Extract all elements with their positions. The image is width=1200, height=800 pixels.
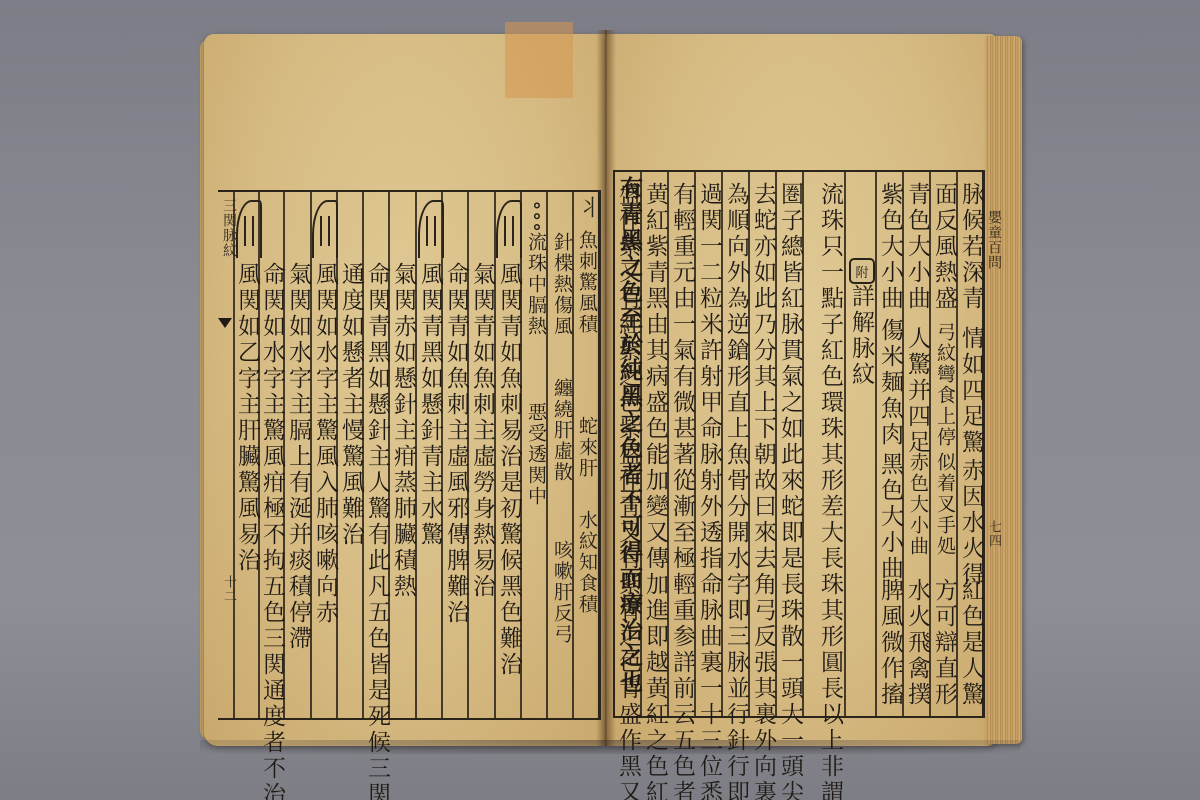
right-page-stack-edge [986,36,1022,744]
text-column: 氣関青如魚刺主虛勞身熱易治 [469,262,495,600]
prose-column: 過関一二粒米許射甲命脉射外透指命脉曲裏一十三位悉 [696,182,722,800]
right-folio: 七四 [984,520,1003,548]
prose-column: 有輕重元由一氣有微甚著從漸至極輕重参詳前云五色者 [669,182,695,800]
text-column: 風関如乙字主肝臟驚風易治 [234,262,260,574]
text-column: 流珠中膈熱 [523,232,549,337]
text-column: 通度如懸者主慢驚風難治 [338,262,364,548]
text-column: 氣関赤如懸針主疳蒸肺臟積熱 [390,262,416,600]
verse-column: 脉候若深青 [958,182,984,312]
column-rule [844,172,846,716]
verse-column: 弓紋彎食上停 [932,322,958,448]
verse-column: 面反風熱盛 [931,182,957,312]
section-heading: 詳解脉紋 [848,284,874,388]
verse-column: 方可辯直形 [931,578,957,708]
appendix-seal: 附 [849,258,875,284]
fish-spine-icon: ⺦ [572,196,603,218]
verse-column: 赤因水火得 [958,458,984,588]
verse-column: 情如四足驚 [958,326,984,456]
fish-bone-icon [496,200,522,258]
verse-column: 紅色是人驚 [958,578,984,708]
text-column: 命関青如魚刺主虛風邪傳脾難治 [443,262,469,626]
prose-column: 黄紅紫青黑由其病盛色能加變又傳加進即越黄紅之色紅 [642,182,668,800]
verse-column: 似着叉手処 [932,452,958,557]
prose-column: 去蛇亦如此乃分其上下朝故曰來去角弓反張其裏外向裏 [750,182,776,800]
text-column: 風関青如魚刺易治是初驚候黑色難治 [496,262,522,678]
book-shadow [200,740,1020,754]
text-column: 命関如水字主驚風疳極不拘五色三関通度者不治 [259,262,285,800]
text-column: 命関青黑如懸針主人驚有此凡五色皆是死候三関 [364,262,390,800]
prose-column: 圏子總皆紅脉貫氣之如此來蛇即是長珠散一頭大一頭尖 [777,182,803,800]
verse-column: 青色大小曲 [904,182,930,312]
verse-column: 傷米麺魚肉 [877,318,903,448]
text-column: 針楪熱傷風 [549,232,575,337]
verse-column: 脾風微作搐 [877,578,903,708]
open-book: 三関脉紋 十二 ∘∘∘ ⺦ 魚刺驚風積 蛇來肝 水紋知食積 針楪熱傷風 纏繞肝虛… [0,0,1200,800]
verse-column: 黑色大小曲 [877,452,903,582]
yi-pattern-icon [236,200,262,258]
text-column: 蛇來肝 [574,416,600,479]
text-column: 風関青黑如懸針青主水驚 [417,262,443,548]
verse-column: 人驚并四足 [904,326,930,456]
hanging-needle-icon [418,200,444,258]
text-column: 咳嗽肝反弓 [549,540,575,645]
verse-column: 赤色大小曲 [905,452,931,557]
water-pattern-icon [312,200,338,258]
fish-tail-mark [218,318,232,328]
text-column: 風関如水字主驚風入肺咳嗽向赤 [312,262,338,626]
prose-column-final: 有青黑之色至於純黑之色者不可得而療治之也 [616,176,642,696]
flowing-pearl-icon: ∘∘∘ [524,200,549,232]
text-column: 氣関如水字主膈上有涎并痰積停滯 [285,262,311,652]
left-folio: 十二 [219,575,238,603]
text-column: 水紋知食積 [574,510,600,615]
verse-column: 水火飛禽撲 [904,578,930,708]
repair-tape [505,22,573,98]
text-column: 魚刺驚風積 [574,230,600,335]
verse-column: 紫色大小曲 [877,182,903,312]
prose-column: 為順向外為逆鎗形直上魚骨分開水字即三脉並行針行即 [723,182,749,800]
right-margin-title: 嬰童百問 [984,210,1004,270]
text-column: 悪受透関中 [523,402,549,507]
prose-column: 流珠只一點子紅色環珠其形差大長珠其形圓長以上非謂 [817,182,843,800]
text-column: 纏繞肝虛散 [549,378,575,483]
